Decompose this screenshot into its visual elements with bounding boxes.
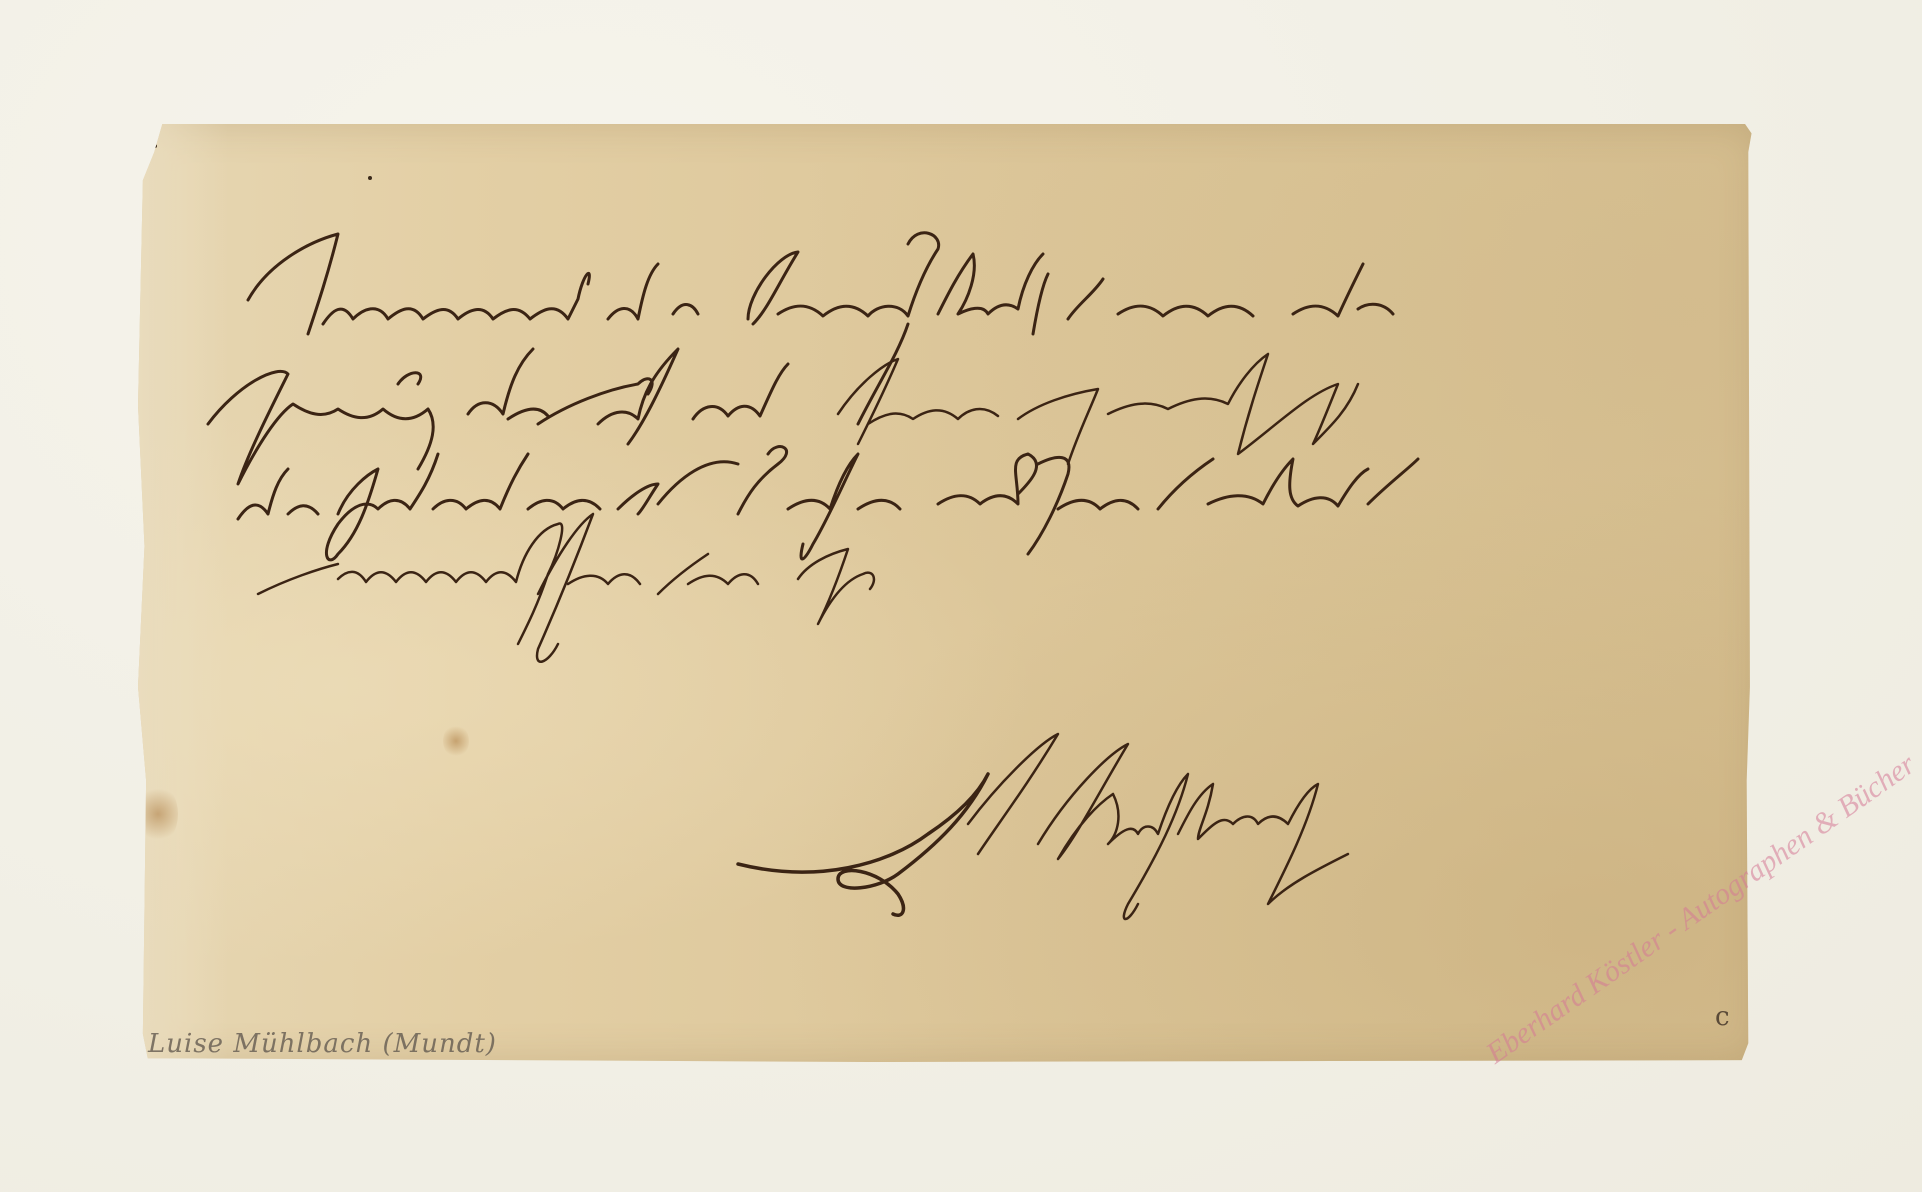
signature: L. Mühlbach (838, 804, 1029, 839)
handwritten-line-3: u. die Gedanken u. Tage unseres Lebens (238, 489, 854, 524)
mount-board: Vertrauen u. Freundschaft ist wie der Sc… (0, 0, 1922, 1192)
autograph-paper: Vertrauen u. Freundschaft ist wie der Sc… (138, 124, 1758, 1062)
corner-mark: c (1715, 1002, 1730, 1032)
handwritten-line-1: Vertrauen u. Freundschaft ist wie der (238, 274, 811, 309)
pencil-attribution: Luise Mühlbach (Mundt) (148, 1029, 497, 1059)
handwritten-line-4: verschönern wie sie. (258, 564, 572, 599)
handwritten-line-2: Schimmer des Auges der Augen entfällt, (238, 394, 854, 429)
